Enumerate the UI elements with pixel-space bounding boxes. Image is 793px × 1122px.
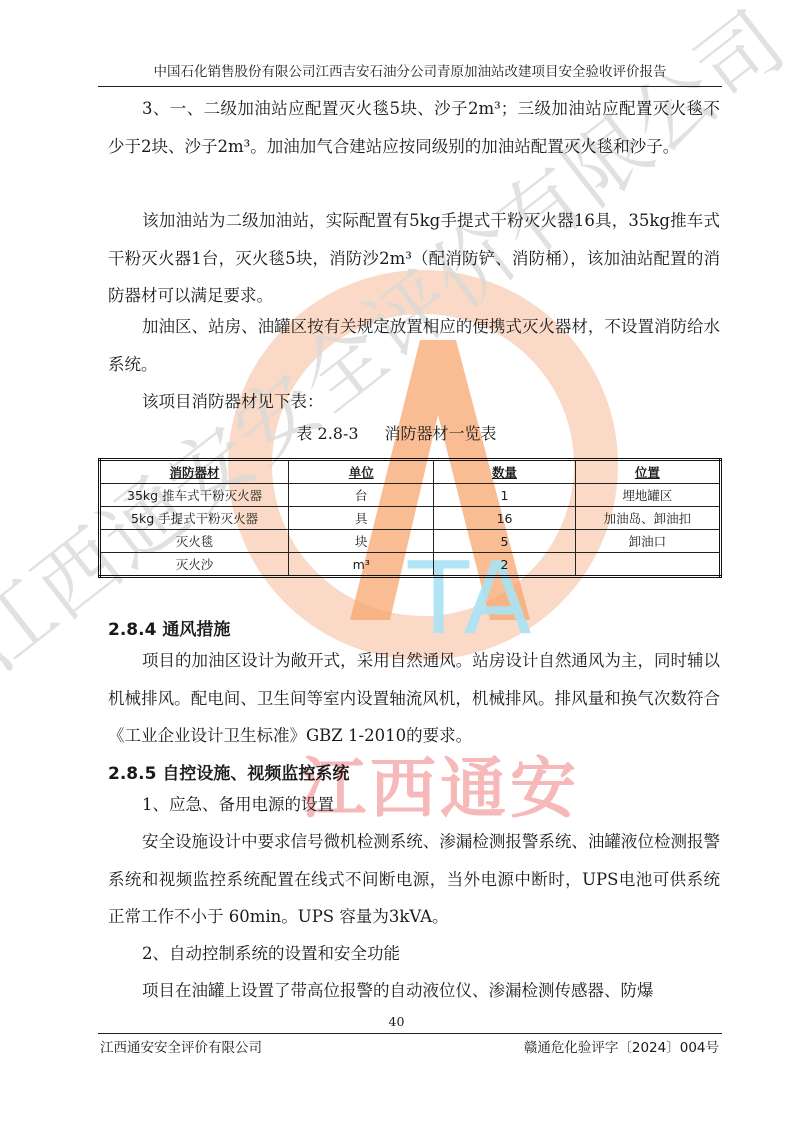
column-header-unit: 单位	[289, 460, 434, 484]
column-header-location: 位置	[575, 460, 720, 484]
cell-equipment: 35kg 推车式干粉灭火器	[100, 484, 289, 507]
footer-doc-number: 赣通危化验评字〔2024〕004号	[524, 1036, 719, 1056]
cell-unit: 块	[289, 530, 434, 553]
cell-quantity: 1	[434, 484, 575, 507]
section-heading-ventilation: 2.8.4 通风措施	[108, 617, 230, 643]
paragraph-text: 加油区、站房、油罐区按有关规定放置相应的便携式灭火器材，不设置消防给水系统。	[108, 317, 720, 374]
running-header: 中国石化销售股份有限公司江西吉安石油分公司青原加油站改建项目安全验收评价报告	[98, 62, 722, 82]
cell-location: 卸油口	[575, 530, 720, 553]
table-row: 灭火毯 块 5 卸油口	[100, 530, 721, 553]
cell-location	[575, 553, 720, 577]
paragraph-ventilation: 项目的加油区设计为敞开式，采用自然通风。站房设计自然通风为主，同时辅以机械排风。…	[108, 642, 720, 755]
cell-quantity: 2	[434, 553, 575, 577]
cell-equipment: 灭火沙	[100, 553, 289, 577]
table-caption-title: 消防器材一览表	[385, 424, 497, 443]
page-number: 40	[0, 1014, 793, 1029]
cell-equipment: 5kg 手提式干粉灭火器	[100, 507, 289, 530]
paragraph-text: 该加油站为二级加油站，实际配置有5kg手提式干粉灭火器16具，35kg推车式干粉…	[108, 211, 720, 305]
table-row: 5kg 手提式干粉灭火器 具 16 加油岛、卸油扣	[100, 507, 721, 530]
paragraph-requirement: 3、一、二级加油站应配置灭火毯5块、沙子2m³；三级加油站应配置灭火毯不少于2块…	[108, 90, 720, 165]
footer-divider	[98, 1033, 722, 1034]
paragraph-text: 1、应急、备用电源的设置	[142, 795, 334, 814]
cell-unit: m³	[289, 553, 434, 577]
table-caption: 表 2.8-3消防器材一览表	[0, 422, 793, 446]
paragraph-portable-equipment: 加油区、站房、油罐区按有关规定放置相应的便携式灭火器材，不设置消防给水系统。	[108, 308, 720, 383]
paragraph-text: 3、一、二级加油站应配置灭火毯5块、沙子2m³；三级加油站应配置灭火毯不少于2块…	[108, 99, 720, 156]
paragraph-table-intro: 该项目消防器材见下表：	[108, 383, 720, 421]
paragraph-text: 该项目消防器材见下表：	[142, 392, 324, 411]
section-heading-control-monitoring: 2.8.5 自控设施、视频监控系统	[108, 761, 349, 787]
paragraph-backup-power: 安全设施设计中要求信号微机检测系统、渗漏检测报警系统、油罐液位检测报警系统和视频…	[108, 823, 720, 936]
table-row: 灭火沙 m³ 2	[100, 553, 721, 577]
cell-quantity: 5	[434, 530, 575, 553]
paragraph-text: 项目在油罐上设置了带高位报警的自动液位仪、渗漏检测传感器、防爆	[142, 981, 654, 1000]
document-page: TA 江西通安 江西通安安全评价有限公司 中国石化销售股份有限公司江西吉安石油分…	[0, 0, 793, 1122]
header-divider	[98, 86, 722, 87]
table-header-row: 消防器材 单位 数量 位置	[100, 460, 721, 484]
cell-location: 埋地罐区	[575, 484, 720, 507]
subheading-backup-power: 1、应急、备用电源的设置	[108, 786, 720, 824]
column-header-equipment: 消防器材	[100, 460, 289, 484]
column-header-quantity: 数量	[434, 460, 575, 484]
cell-equipment: 灭火毯	[100, 530, 289, 553]
fire-equipment-table: 消防器材 单位 数量 位置 35kg 推车式干粉灭火器 台 1 埋地罐区 5kg…	[98, 458, 722, 578]
paragraph-text: 2、自动控制系统的设置和安全功能	[142, 944, 400, 963]
paragraph-text: 项目的加油区设计为敞开式，采用自然通风。站房设计自然通风为主，同时辅以机械排风。…	[108, 651, 720, 745]
cell-unit: 具	[289, 507, 434, 530]
footer-company: 江西通安安全评价有限公司	[100, 1036, 262, 1056]
subheading-auto-control: 2、自动控制系统的设置和安全功能	[108, 935, 720, 973]
cell-location: 加油岛、卸油扣	[575, 507, 720, 530]
table-row: 35kg 推车式干粉灭火器 台 1 埋地罐区	[100, 484, 721, 507]
paragraph-text: 安全设施设计中要求信号微机检测系统、渗漏检测报警系统、油罐液位检测报警系统和视频…	[108, 832, 720, 926]
table-caption-number: 表 2.8-3	[296, 424, 358, 443]
cell-unit: 台	[289, 484, 434, 507]
cell-quantity: 16	[434, 507, 575, 530]
paragraph-auto-control: 项目在油罐上设置了带高位报警的自动液位仪、渗漏检测传感器、防爆	[108, 972, 720, 1010]
paragraph-actual-config: 该加油站为二级加油站，实际配置有5kg手提式干粉灭火器16具，35kg推车式干粉…	[108, 202, 720, 315]
